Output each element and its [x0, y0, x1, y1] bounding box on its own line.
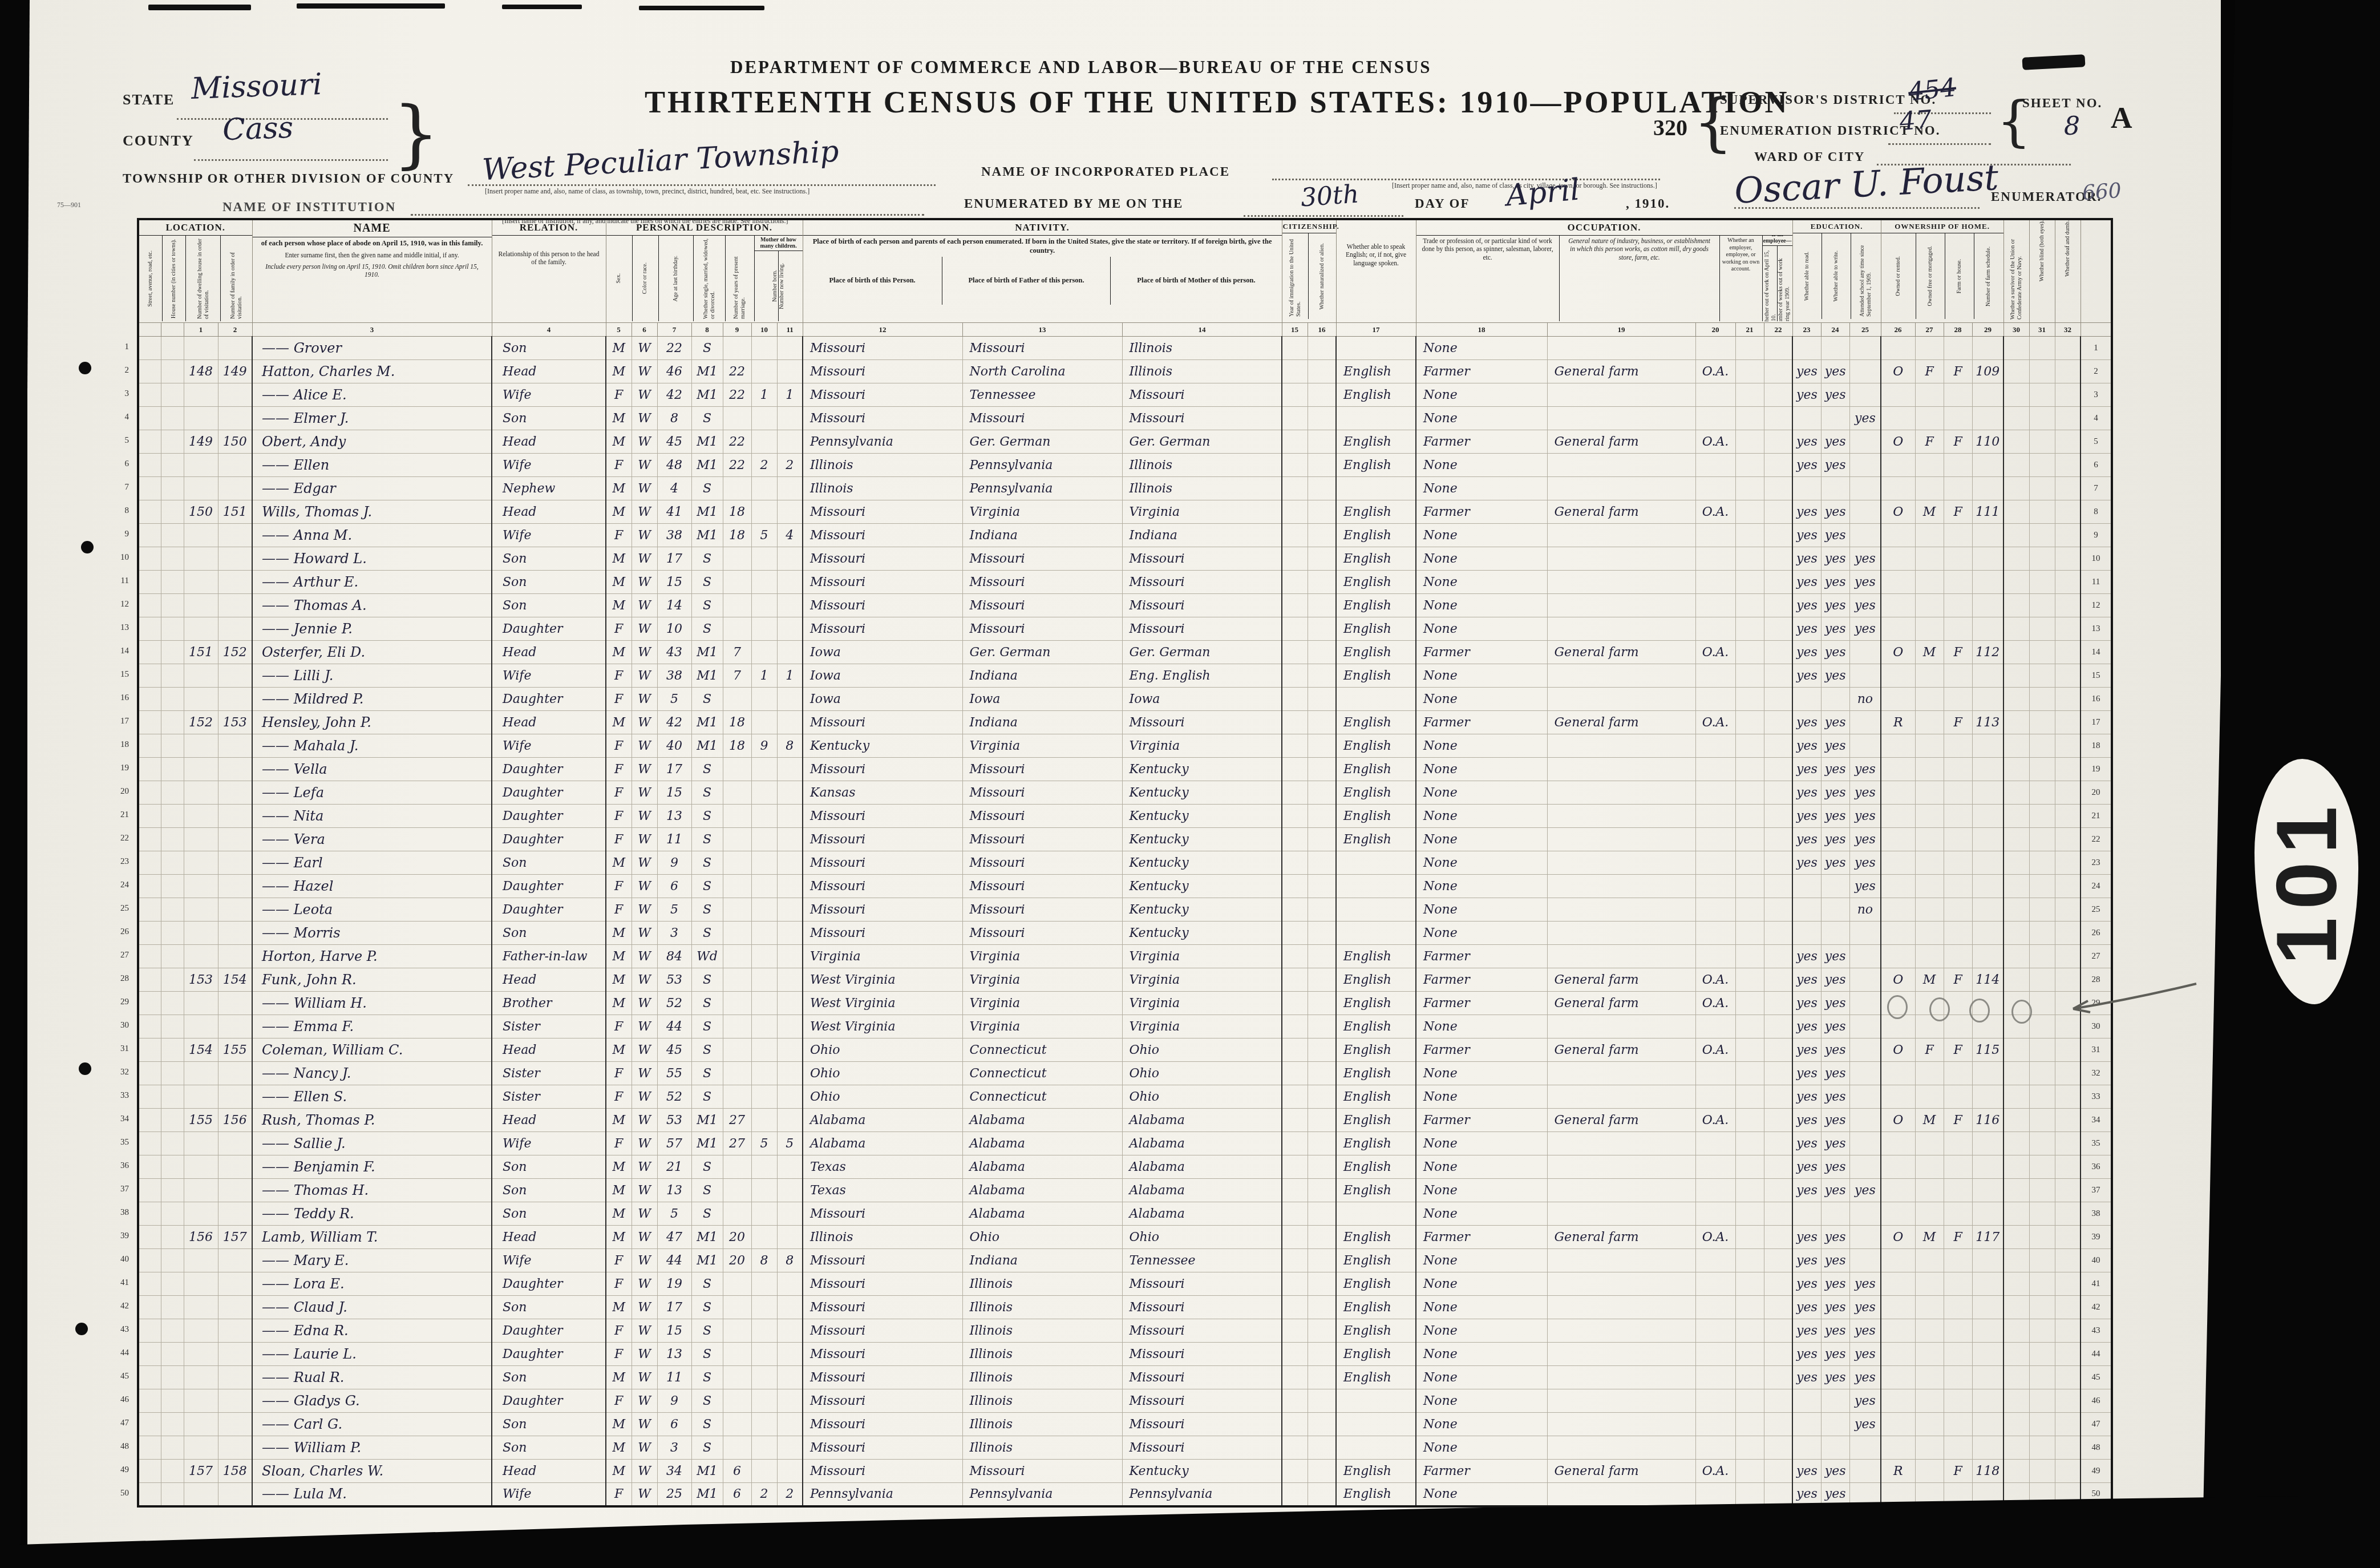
cell-rel: Wife	[492, 524, 606, 547]
cell-na	[1308, 968, 1336, 992]
line-number: 26	[96, 920, 129, 944]
cell-im	[1282, 1343, 1308, 1366]
line-number: 21	[96, 803, 129, 827]
cell-fs	[1972, 594, 2003, 617]
cell-bp: Kansas	[803, 781, 962, 805]
cell-rd: yes	[1792, 1296, 1821, 1319]
cell-age: 11	[657, 1366, 691, 1389]
cell-col: W	[632, 1483, 657, 1506]
cell-sch	[1849, 1436, 1881, 1460]
cell-cb	[751, 1202, 777, 1226]
cell-cb	[751, 617, 777, 641]
cell-sur	[2003, 524, 2029, 547]
cell-dw	[184, 1483, 218, 1506]
cell-en: English	[1336, 617, 1416, 641]
location-title: LOCATION.	[139, 220, 252, 236]
cell-ym: 18	[723, 500, 751, 524]
cell-fam: 158	[218, 1460, 252, 1483]
cell-fm	[1915, 1436, 1944, 1460]
cell-occ: None	[1416, 1132, 1547, 1155]
cell-dw: 150	[184, 500, 218, 524]
cell-cl	[777, 688, 803, 711]
cell-cb	[751, 1319, 777, 1343]
column-number: 1	[184, 323, 218, 337]
cell-cb	[751, 1389, 777, 1413]
institution-label: NAME OF INSTITUTION	[222, 200, 396, 215]
cell-im	[1282, 851, 1308, 875]
line-number: 43	[96, 1318, 129, 1341]
cell-ow	[1735, 430, 1764, 454]
cell-age: 3	[657, 1436, 691, 1460]
supervisor-label: SUPERVISOR'S DISTRICT NO.	[1720, 92, 1936, 107]
cell-age: 17	[657, 758, 691, 781]
cell-cl	[777, 1109, 803, 1132]
scan-speck	[639, 6, 764, 10]
census-row: —— Thomas A.SonMW14SMissouriMissouriMiss…	[138, 594, 2112, 617]
cell-hn	[161, 1436, 184, 1460]
cell-na	[1308, 1389, 1336, 1413]
cell-occ: None	[1416, 524, 1547, 547]
census-row: —— Edna R.DaughterFW15SMissouriIllinoisM…	[138, 1319, 2112, 1343]
cell-dw: 155	[184, 1109, 218, 1132]
cell-mbp: Virginia	[1122, 500, 1282, 524]
cell-hn	[161, 1483, 184, 1506]
cell-ow	[1735, 734, 1764, 758]
cell-wk	[1764, 337, 1792, 360]
cell-acc	[1695, 1366, 1735, 1389]
cell-im	[1282, 1179, 1308, 1202]
cell-cl	[777, 1343, 803, 1366]
cell-rel: Wife	[492, 454, 606, 477]
cell-sur	[2003, 781, 2029, 805]
cell-mbp: Virginia	[1122, 968, 1282, 992]
cell-fam	[218, 1062, 252, 1085]
cell-ln: 44	[2081, 1343, 2112, 1366]
cell-ym	[723, 1179, 751, 1202]
cell-mar: M1	[691, 454, 723, 477]
cell-fbp: Indiana	[962, 664, 1122, 688]
cell-cl	[777, 758, 803, 781]
cell-rel: Daughter	[492, 898, 606, 922]
cell-sex: M	[606, 945, 632, 968]
cell-wk	[1764, 1343, 1792, 1366]
cell-mbp: Kentucky	[1122, 758, 1282, 781]
cell-fam: 156	[218, 1109, 252, 1132]
cell-mar: S	[691, 1015, 723, 1038]
cell-sur	[2003, 968, 2029, 992]
cell-ln: 38	[2081, 1202, 2112, 1226]
cell-dw	[184, 594, 218, 617]
cell-en	[1336, 337, 1416, 360]
cell-na	[1308, 1109, 1336, 1132]
cell-fam	[218, 1296, 252, 1319]
cell-own: O	[1881, 1109, 1915, 1132]
cell-en: English	[1336, 500, 1416, 524]
census-row: —— William H.BrotherMW52SWest VirginiaVi…	[138, 992, 2112, 1015]
cell-bl	[2029, 1062, 2055, 1085]
cell-sch	[1849, 1202, 1881, 1226]
cell-col: W	[632, 1226, 657, 1249]
cell-im	[1282, 1366, 1308, 1389]
cell-df	[2055, 1085, 2081, 1109]
cell-own	[1881, 1366, 1915, 1389]
cell-rel: Wife	[492, 1483, 606, 1506]
col-farm-house-label: Farm or house.	[1956, 259, 1963, 293]
cell-cl	[777, 1413, 803, 1436]
cell-sex: M	[606, 360, 632, 383]
cell-ym: 18	[723, 734, 751, 758]
cell-na	[1308, 781, 1336, 805]
cell-fam	[218, 1343, 252, 1366]
cell-en: English	[1336, 547, 1416, 571]
cell-fs	[1972, 664, 2003, 688]
cell-wk	[1764, 1132, 1792, 1155]
cell-fh	[1944, 407, 1972, 430]
cell-fbp: Illinois	[962, 1319, 1122, 1343]
cell-fam	[218, 407, 252, 430]
cell-wk	[1764, 617, 1792, 641]
cell-cb	[751, 594, 777, 617]
cell-bp: Texas	[803, 1155, 962, 1179]
cell-wr: yes	[1821, 1343, 1849, 1366]
cell-sex: M	[606, 337, 632, 360]
cell-bl	[2029, 805, 2055, 828]
cell-occ: None	[1416, 1202, 1547, 1226]
line-number: 45	[96, 1365, 129, 1388]
name-desc-3: Include every person living on April 15,…	[253, 261, 492, 281]
cell-sur	[2003, 688, 2029, 711]
line-number: 46	[96, 1388, 129, 1412]
cell-occ: None	[1416, 454, 1547, 477]
census-row: 156157Lamb, William T.HeadMW47M120Illino…	[138, 1226, 2112, 1249]
cell-bl	[2029, 758, 2055, 781]
cell-en: English	[1336, 711, 1416, 734]
cell-mbp: Kentucky	[1122, 898, 1282, 922]
cell-im	[1282, 922, 1308, 945]
scan-speck	[148, 5, 251, 10]
cell-na	[1308, 1202, 1336, 1226]
cell-rd: yes	[1792, 641, 1821, 664]
cell-fh	[1944, 1272, 1972, 1296]
cell-bp: Missouri	[803, 500, 962, 524]
cell-cb: 1	[751, 664, 777, 688]
cell-col: W	[632, 1343, 657, 1366]
cell-sur	[2003, 805, 2029, 828]
cell-rd: yes	[1792, 1226, 1821, 1249]
cell-cb	[751, 1366, 777, 1389]
cell-fh	[1944, 664, 1972, 688]
column-number: 11	[777, 323, 803, 337]
cell-ln: 15	[2081, 664, 2112, 688]
cell-occ: None	[1416, 1343, 1547, 1366]
cell-en: English	[1336, 1155, 1416, 1179]
cell-col: W	[632, 1436, 657, 1460]
cell-occ: None	[1416, 828, 1547, 851]
cell-fh	[1944, 1062, 1972, 1085]
cell-fh	[1944, 1389, 1972, 1413]
cell-ln: 7	[2081, 477, 2112, 500]
cell-st	[138, 1132, 161, 1155]
cell-st	[138, 1343, 161, 1366]
cell-ow	[1735, 1389, 1764, 1413]
cell-sur	[2003, 1272, 2029, 1296]
cell-fs	[1972, 1389, 2003, 1413]
cell-bp: Missouri	[803, 360, 962, 383]
cell-name: —— Claud J.	[252, 1296, 492, 1319]
cell-sex: M	[606, 1296, 632, 1319]
cell-mbp: Tennessee	[1122, 1249, 1282, 1272]
cell-occ: None	[1416, 1085, 1547, 1109]
cell-sch	[1849, 1109, 1881, 1132]
cell-ind	[1547, 875, 1695, 898]
cell-im	[1282, 547, 1308, 571]
cell-wk	[1764, 477, 1792, 500]
cell-hn	[161, 781, 184, 805]
cell-own: O	[1881, 1226, 1915, 1249]
cell-rd: yes	[1792, 711, 1821, 734]
census-row: —— Mary E.WifeFW44M12088MissouriIndianaT…	[138, 1249, 2112, 1272]
cell-sch	[1849, 1085, 1881, 1109]
cell-df	[2055, 1366, 2081, 1389]
cell-sur	[2003, 1109, 2029, 1132]
cell-wk	[1764, 594, 1792, 617]
cell-fm	[1915, 1389, 1944, 1413]
cell-bp: Missouri	[803, 524, 962, 547]
column-number	[2081, 323, 2112, 337]
cell-name: Sloan, Charles W.	[252, 1460, 492, 1483]
cell-fh	[1944, 477, 1972, 500]
cell-sex: M	[606, 1436, 632, 1460]
cell-cl: 2	[777, 454, 803, 477]
cell-ind	[1547, 1319, 1695, 1343]
cell-na	[1308, 454, 1336, 477]
cell-ow	[1735, 1179, 1764, 1202]
cell-bp: West Virginia	[803, 992, 962, 1015]
census-row: 157158Sloan, Charles W.HeadMW34M16Missou…	[138, 1460, 2112, 1483]
cell-ln: 32	[2081, 1062, 2112, 1085]
cell-own	[1881, 1202, 1915, 1226]
cell-wr: yes	[1821, 805, 1849, 828]
cell-df	[2055, 571, 2081, 594]
cell-rel: Son	[492, 922, 606, 945]
cell-mar: S	[691, 1202, 723, 1226]
line-number: 36	[96, 1154, 129, 1178]
cell-cb	[751, 945, 777, 968]
cell-acc	[1695, 922, 1735, 945]
cell-acc	[1695, 617, 1735, 641]
cell-hn	[161, 1155, 184, 1179]
cell-wr: yes	[1821, 500, 1849, 524]
cell-fh	[1944, 1249, 1972, 1272]
cell-sex: M	[606, 1460, 632, 1483]
col-age-label: Age at last birthday.	[673, 256, 679, 301]
cell-sch: yes	[1849, 1343, 1881, 1366]
cell-rd: yes	[1792, 1132, 1821, 1155]
cell-ind	[1547, 1296, 1695, 1319]
cell-col: W	[632, 1085, 657, 1109]
cell-wr	[1821, 1436, 1849, 1460]
cell-cl	[777, 1179, 803, 1202]
cell-na	[1308, 337, 1336, 360]
cell-acc: O.A.	[1695, 1038, 1735, 1062]
cell-hn	[161, 1132, 184, 1155]
cell-mbp: Missouri	[1122, 1389, 1282, 1413]
cell-wr: yes	[1821, 547, 1849, 571]
cell-fm	[1915, 711, 1944, 734]
enumeration-value: 47	[1899, 105, 1932, 136]
cell-ln: 14	[2081, 641, 2112, 664]
cell-age: 38	[657, 524, 691, 547]
cell-na	[1308, 524, 1336, 547]
cell-age: 6	[657, 875, 691, 898]
line-number: 5	[96, 429, 129, 452]
cell-age: 17	[657, 1296, 691, 1319]
cell-name: —— Alice E.	[252, 383, 492, 407]
cell-acc	[1695, 454, 1735, 477]
cell-mar: S	[691, 992, 723, 1015]
cell-fh	[1944, 898, 1972, 922]
cell-ind	[1547, 758, 1695, 781]
cell-ow	[1735, 688, 1764, 711]
cell-sch: yes	[1849, 781, 1881, 805]
line-number: 24	[96, 874, 129, 897]
cell-cb: 2	[751, 1483, 777, 1506]
cell-st	[138, 383, 161, 407]
cell-ow	[1735, 1460, 1764, 1483]
cell-rd	[1792, 1413, 1821, 1436]
cell-sch	[1849, 1226, 1881, 1249]
cell-hn	[161, 898, 184, 922]
cell-na	[1308, 360, 1336, 383]
cell-fs	[1972, 454, 2003, 477]
cell-wr	[1821, 1413, 1849, 1436]
mother-children-label: Mother of how many children.	[755, 236, 803, 251]
cell-fm	[1915, 1366, 1944, 1389]
cell-bp: Ohio	[803, 1085, 962, 1109]
cell-cl: 1	[777, 664, 803, 688]
cell-fs: 118	[1972, 1460, 2003, 1483]
cell-fbp: Alabama	[962, 1202, 1122, 1226]
cell-ym	[723, 968, 751, 992]
cell-st	[138, 781, 161, 805]
institution-line	[411, 213, 924, 216]
cell-fh	[1944, 875, 1972, 898]
cell-fm	[1915, 477, 1944, 500]
group-personal: PERSONAL DESCRIPTION. Sex. Color or race…	[606, 219, 803, 323]
group-citizenship: CITIZENSHIP. Year of immigration to the …	[1282, 219, 1336, 323]
cell-cl	[777, 430, 803, 454]
cell-wr: yes	[1821, 1179, 1849, 1202]
cell-cb	[751, 781, 777, 805]
cell-rel: Son	[492, 1413, 606, 1436]
cell-dw	[184, 617, 218, 641]
cell-bl	[2029, 430, 2055, 454]
cell-im	[1282, 781, 1308, 805]
cell-dw	[184, 828, 218, 851]
cell-fbp: Missouri	[962, 922, 1122, 945]
cell-na	[1308, 383, 1336, 407]
cell-cl	[777, 1460, 803, 1483]
cell-wk	[1764, 571, 1792, 594]
cell-mar: S	[691, 688, 723, 711]
cell-na	[1308, 805, 1336, 828]
cell-dw	[184, 898, 218, 922]
cell-en: English	[1336, 1249, 1416, 1272]
census-row: —— VellaDaughterFW17SMissouriMissouriKen…	[138, 758, 2112, 781]
cell-na	[1308, 664, 1336, 688]
cell-mar: M1	[691, 430, 723, 454]
cell-own: R	[1881, 1460, 1915, 1483]
column-number: 21	[1735, 323, 1764, 337]
cell-hn	[161, 664, 184, 688]
education-title: EDUCATION.	[1793, 220, 1881, 233]
cell-st	[138, 1226, 161, 1249]
cell-fam	[218, 1085, 252, 1109]
cell-cl	[777, 781, 803, 805]
cell-rel: Son	[492, 1179, 606, 1202]
cell-age: 17	[657, 547, 691, 571]
name-title: NAME	[253, 220, 492, 237]
cell-st	[138, 407, 161, 430]
cell-hn	[161, 594, 184, 617]
cell-col: W	[632, 1132, 657, 1155]
cell-own	[1881, 571, 1915, 594]
cell-rel: Daughter	[492, 1389, 606, 1413]
census-row: —— William P.SonMW3SMissouriIllinoisMiss…	[138, 1436, 2112, 1460]
cell-cb	[751, 1460, 777, 1483]
cell-ow	[1735, 1366, 1764, 1389]
cell-en: English	[1336, 1226, 1416, 1249]
signature-line	[1734, 207, 1980, 209]
cell-fs	[1972, 1179, 2003, 1202]
cell-bl	[2029, 1366, 2055, 1389]
cell-sch	[1849, 1249, 1881, 1272]
cell-age: 15	[657, 571, 691, 594]
cell-dw	[184, 571, 218, 594]
cell-name: —— Ellen S.	[252, 1085, 492, 1109]
cell-ym: 6	[723, 1460, 751, 1483]
cell-wk	[1764, 1226, 1792, 1249]
cell-ind: General farm	[1547, 430, 1695, 454]
cell-col: W	[632, 1319, 657, 1343]
cell-na	[1308, 1483, 1336, 1506]
cell-cl	[777, 500, 803, 524]
cell-ym	[723, 945, 751, 968]
cell-col: W	[632, 641, 657, 664]
cell-fh: F	[1944, 1109, 1972, 1132]
cell-en: English	[1336, 968, 1416, 992]
cell-ym	[723, 875, 751, 898]
cell-sex: F	[606, 1319, 632, 1343]
cell-fm: M	[1915, 968, 1944, 992]
cell-col: W	[632, 500, 657, 524]
cell-st	[138, 1038, 161, 1062]
cell-sch: yes	[1849, 571, 1881, 594]
census-row: —— EdgarNephewMW4SIllinoisPennsylvaniaIl…	[138, 477, 2112, 500]
cell-bl	[2029, 1436, 2055, 1460]
column-number: 8	[691, 323, 723, 337]
cell-col: W	[632, 360, 657, 383]
cell-rel: Wife	[492, 664, 606, 688]
cell-acc	[1695, 524, 1735, 547]
cell-own	[1881, 1179, 1915, 1202]
cell-acc	[1695, 1202, 1735, 1226]
line-number: 12	[96, 593, 129, 616]
cell-age: 13	[657, 1179, 691, 1202]
cell-bl	[2029, 875, 2055, 898]
cell-rd: yes	[1792, 594, 1821, 617]
cell-sch: yes	[1849, 875, 1881, 898]
